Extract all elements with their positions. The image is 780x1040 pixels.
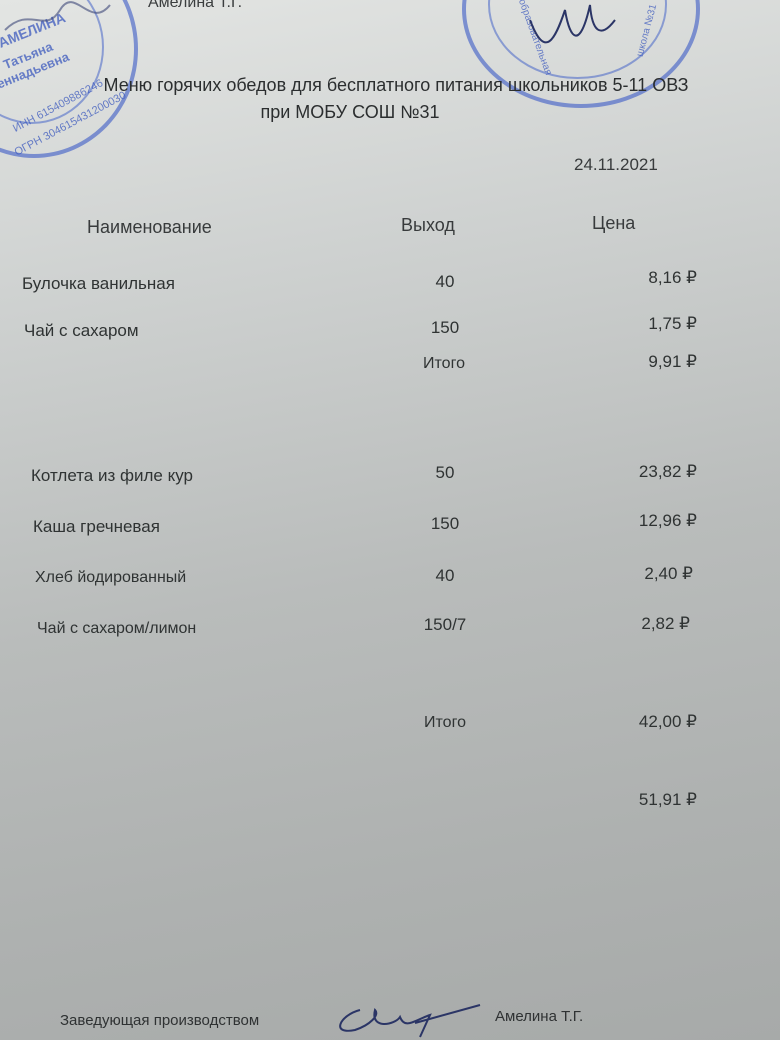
item-name: Чай с сахаром bbox=[24, 321, 139, 341]
column-header-name: Наименование bbox=[87, 217, 212, 238]
item-price: 2,82 ₽ bbox=[580, 614, 690, 634]
item-yield: 150 bbox=[405, 318, 485, 338]
item-yield: 50 bbox=[405, 463, 485, 483]
item-price: 2,40 ₽ bbox=[583, 564, 693, 584]
signatory-position: Заведующая производством bbox=[60, 1012, 259, 1029]
item-price: 1,75 ₽ bbox=[587, 314, 697, 334]
signature-icon bbox=[520, 0, 640, 70]
item-price: 23,82 ₽ bbox=[587, 462, 697, 482]
item-name: Каша гречневая bbox=[33, 517, 160, 537]
item-yield: 150 bbox=[405, 514, 485, 534]
approver-name: Амелина Т.Г. bbox=[148, 0, 242, 12]
item-name: Котлета из филе кур bbox=[31, 466, 193, 486]
item-name: Чай с сахаром/лимон bbox=[37, 620, 196, 638]
total-label: Итого bbox=[405, 714, 485, 732]
signatory-name: Амелина Т.Г. bbox=[495, 1008, 583, 1025]
menu-date: 24.11.2021 bbox=[574, 155, 658, 175]
signature-icon bbox=[0, 0, 140, 40]
page-subtitle: при МОБУ СОШ №31 bbox=[0, 102, 700, 123]
page-title: Меню горячих обедов для бесплатного пита… bbox=[0, 75, 780, 96]
grand-total: 51,91 ₽ bbox=[587, 790, 697, 810]
column-header-yield: Выход bbox=[401, 215, 455, 236]
item-yield: 40 bbox=[405, 566, 485, 586]
total-label: Итого bbox=[404, 355, 484, 373]
item-name: Хлеб йодированный bbox=[35, 569, 186, 587]
item-price: 12,96 ₽ bbox=[587, 511, 697, 531]
item-yield: 150/7 bbox=[405, 615, 485, 635]
item-yield: 40 bbox=[405, 272, 485, 292]
item-name: Булочка ванильная bbox=[22, 274, 175, 294]
section-total: 9,91 ₽ bbox=[587, 352, 697, 372]
signature-icon bbox=[320, 995, 500, 1040]
item-price: 8,16 ₽ bbox=[587, 268, 697, 288]
section-total: 42,00 ₽ bbox=[587, 712, 697, 732]
column-header-price: Цена bbox=[592, 213, 635, 234]
